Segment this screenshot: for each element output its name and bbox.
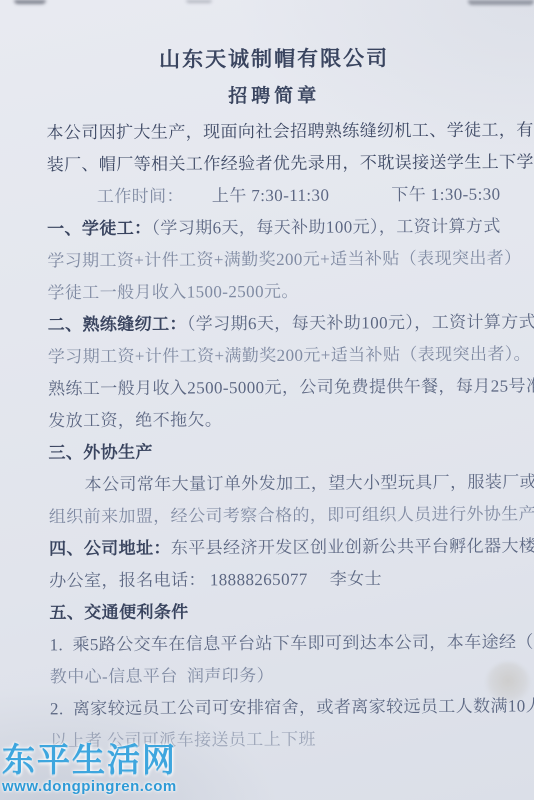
watermark-site-name: 东平生活网: [2, 740, 222, 780]
phone-number: 18888265077: [210, 570, 308, 590]
section3-line: 组织前来加盟，经公司考察合格的，即可组织人员进行外协生产。: [49, 499, 505, 534]
section5-heading: 五、交通便利条件: [49, 595, 505, 630]
work-time-line: 工作时间：上午 7:30-11:30下午 1:30-5:30: [47, 179, 503, 214]
section1-heading-rest: （学习期6天，每天补助100元），工资计算方式: [151, 217, 500, 238]
intro-line-2: 装厂、帽厂等相关工作经验者优先录用，不耽误接送学生上下学。: [47, 147, 503, 182]
section2-line: 发放工资，绝不拖欠。: [48, 403, 504, 438]
section3-heading: 三、外协生产: [48, 435, 504, 470]
watermark: 东平生活网 www.dongpingren.com: [2, 740, 222, 795]
intro-line-1: 本公司因扩大生产，现面向社会招聘熟练缝纫机工、学徒工，有服: [46, 115, 502, 150]
contact-person: 李女士: [330, 569, 382, 588]
section2-heading: 二、熟练缝纫工：（学习期6天，每天补助100元），工资计算方式: [48, 307, 504, 342]
work-time-afternoon: 下午 1:30-5:30: [391, 179, 500, 212]
notice-subtitle: 招聘简章: [46, 77, 502, 118]
section2-line: 学习期工资+计件工资+满勤奖200元+适当补贴（表现突出者）。: [48, 339, 504, 374]
company-title: 山东天诚制帽有限公司: [46, 39, 502, 80]
section1-heading-lead: 一、学徒工：: [47, 219, 152, 239]
section5-line: 教中心-信息平台 润声印务）: [50, 659, 506, 694]
work-time-morning: 上午 7:30-11:30: [212, 180, 330, 213]
section2-line: 熟练工一般月收入2500-5000元，公司免费提供午餐，每月25号准时: [48, 371, 504, 406]
company-address: 东平县经济开发区创业创新公共平台孵化器大楼二楼: [171, 536, 534, 557]
section4-heading-lead: 四、公司地址：: [49, 539, 171, 559]
section5-line: 2. 离家较远员工公司可安排宿舍，或者离家较远员工人数满10人及: [50, 691, 506, 726]
section4-line: 办公室，报名电话：18888265077李女士: [49, 563, 505, 598]
section2-heading-rest: （学习期6天，每天补助100元），工资计算方式: [187, 312, 534, 333]
watermark-site-url: www.dongpingren.com: [2, 779, 222, 795]
section2-heading-lead: 二、熟练缝纫工：: [48, 314, 187, 334]
section4-heading: 四、公司地址：东平县经济开发区创业创新公共平台孵化器大楼二楼: [49, 531, 505, 566]
section1-line: 学徒工一般月收入1500-2500元。: [47, 275, 503, 310]
work-time-label: 工作时间：: [97, 181, 184, 214]
recruitment-notice: 山东天诚制帽有限公司 招聘简章 本公司因扩大生产，现面向社会招聘熟练缝纫机工、学…: [0, 0, 534, 758]
section4-line2-prefix: 办公室，报名电话：: [49, 570, 206, 590]
section3-line: 本公司常年大量订单外发加工，望大小型玩具厂，服装厂或个人: [49, 467, 505, 502]
section5-line: 1. 乘5路公交车在信息平台站下车即可到达本公司，本车途经（职: [50, 627, 506, 662]
section1-heading: 一、学徒工：（学习期6天，每天补助100元），工资计算方式: [47, 211, 503, 246]
section1-line: 学习期工资+计件工资+满勤奖200元+适当补贴（表现突出者）: [47, 243, 503, 278]
document-photo: 山东天诚制帽有限公司 招聘简章 本公司因扩大生产，现面向社会招聘熟练缝纫机工、学…: [0, 0, 534, 800]
